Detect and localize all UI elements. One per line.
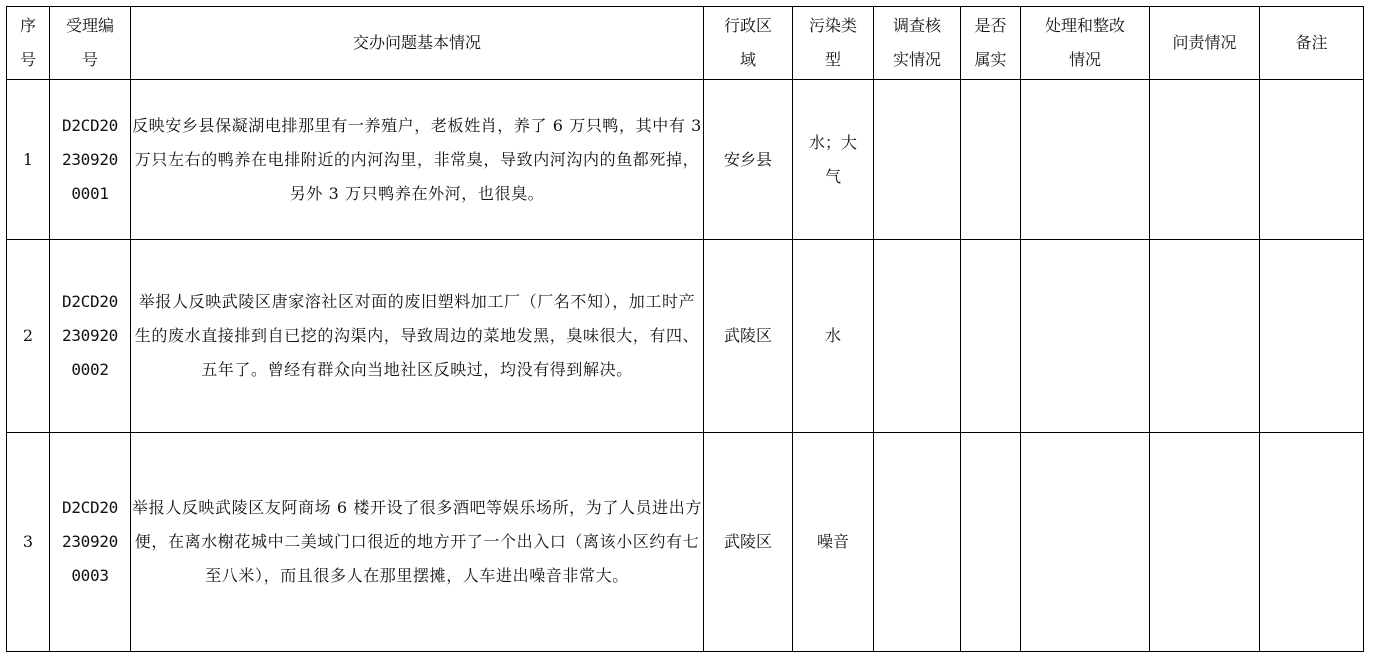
case-no-part2: 230920	[50, 143, 130, 177]
cell-remarks	[1260, 433, 1364, 652]
cell-accountability	[1150, 240, 1260, 433]
header-seq-line2: 号	[7, 43, 49, 77]
cell-accountability	[1150, 433, 1260, 652]
case-no-part3: 0001	[50, 177, 130, 211]
case-no-part2: 230920	[50, 319, 130, 353]
header-accountability: 问责情况	[1150, 7, 1260, 80]
header-row: 序 号 受理编 号 交办问题基本情况 行政区 域 污染类 型 调查核 实情况 是…	[7, 7, 1364, 80]
case-no-part3: 0003	[50, 559, 130, 593]
header-district: 行政区 域	[704, 7, 793, 80]
header-case-no-line2: 号	[50, 43, 130, 77]
table-row: 2 D2CD20 230920 0002 举报人反映武陵区唐家溶社区对面的废旧塑…	[7, 240, 1364, 433]
cell-case-no: D2CD20 230920 0003	[50, 433, 131, 652]
cell-investigation	[874, 80, 961, 240]
header-verified-line1: 是否	[961, 9, 1020, 43]
header-case-no: 受理编 号	[50, 7, 131, 80]
cell-verified	[961, 80, 1021, 240]
cell-district: 武陵区	[704, 433, 793, 652]
header-remarks: 备注	[1260, 7, 1364, 80]
cell-pollution-type: 水	[793, 240, 874, 433]
header-investigation: 调查核 实情况	[874, 7, 961, 80]
cell-description: 反映安乡县保凝湖电排那里有一养殖户，老板姓肖，养了 6 万只鸭，其中有 3 万只…	[131, 80, 704, 240]
cell-verified	[961, 240, 1021, 433]
case-no-part1: D2CD20	[50, 109, 130, 143]
cell-district: 武陵区	[704, 240, 793, 433]
header-investigation-line2: 实情况	[874, 43, 960, 77]
pollution-type-line1: 水；大	[793, 126, 873, 160]
cell-investigation	[874, 433, 961, 652]
case-no-part1: D2CD20	[50, 285, 130, 319]
cell-remarks	[1260, 80, 1364, 240]
cell-case-no: D2CD20 230920 0002	[50, 240, 131, 433]
cell-seq: 3	[7, 433, 50, 652]
complaint-table: 序 号 受理编 号 交办问题基本情况 行政区 域 污染类 型 调查核 实情况 是…	[6, 6, 1364, 652]
cell-case-no: D2CD20 230920 0001	[50, 80, 131, 240]
header-handling-line2: 情况	[1021, 43, 1149, 77]
pollution-type-line2: 气	[793, 160, 873, 194]
cell-district: 安乡县	[704, 80, 793, 240]
header-district-line2: 域	[704, 43, 792, 77]
cell-investigation	[874, 240, 961, 433]
header-pollution-type-line2: 型	[793, 43, 873, 77]
table-row: 3 D2CD20 230920 0003 举报人反映武陵区友阿商场 6 楼开设了…	[7, 433, 1364, 652]
header-case-no-line1: 受理编	[50, 9, 130, 43]
cell-handling	[1021, 240, 1150, 433]
header-investigation-line1: 调查核	[874, 9, 960, 43]
cell-description: 举报人反映武陵区友阿商场 6 楼开设了很多酒吧等娱乐场所，为了人员进出方便，在离…	[131, 433, 704, 652]
cell-pollution-type: 噪音	[793, 433, 874, 652]
header-district-line1: 行政区	[704, 9, 792, 43]
header-pollution-type: 污染类 型	[793, 7, 874, 80]
case-no-part3: 0002	[50, 353, 130, 387]
cell-pollution-type: 水；大 气	[793, 80, 874, 240]
cell-remarks	[1260, 240, 1364, 433]
header-description: 交办问题基本情况	[131, 7, 704, 80]
cell-handling	[1021, 433, 1150, 652]
cell-description: 举报人反映武陵区唐家溶社区对面的废旧塑料加工厂（厂名不知），加工时产生的废水直接…	[131, 240, 704, 433]
cell-verified	[961, 433, 1021, 652]
cell-handling	[1021, 80, 1150, 240]
header-pollution-type-line1: 污染类	[793, 9, 873, 43]
table-row: 1 D2CD20 230920 0001 反映安乡县保凝湖电排那里有一养殖户，老…	[7, 80, 1364, 240]
case-no-part2: 230920	[50, 525, 130, 559]
case-no-part1: D2CD20	[50, 491, 130, 525]
header-handling: 处理和整改 情况	[1021, 7, 1150, 80]
header-verified: 是否 属实	[961, 7, 1021, 80]
cell-seq: 1	[7, 80, 50, 240]
cell-seq: 2	[7, 240, 50, 433]
cell-accountability	[1150, 80, 1260, 240]
header-seq-line1: 序	[7, 9, 49, 43]
header-verified-line2: 属实	[961, 43, 1020, 77]
header-seq: 序 号	[7, 7, 50, 80]
header-handling-line1: 处理和整改	[1021, 9, 1149, 43]
